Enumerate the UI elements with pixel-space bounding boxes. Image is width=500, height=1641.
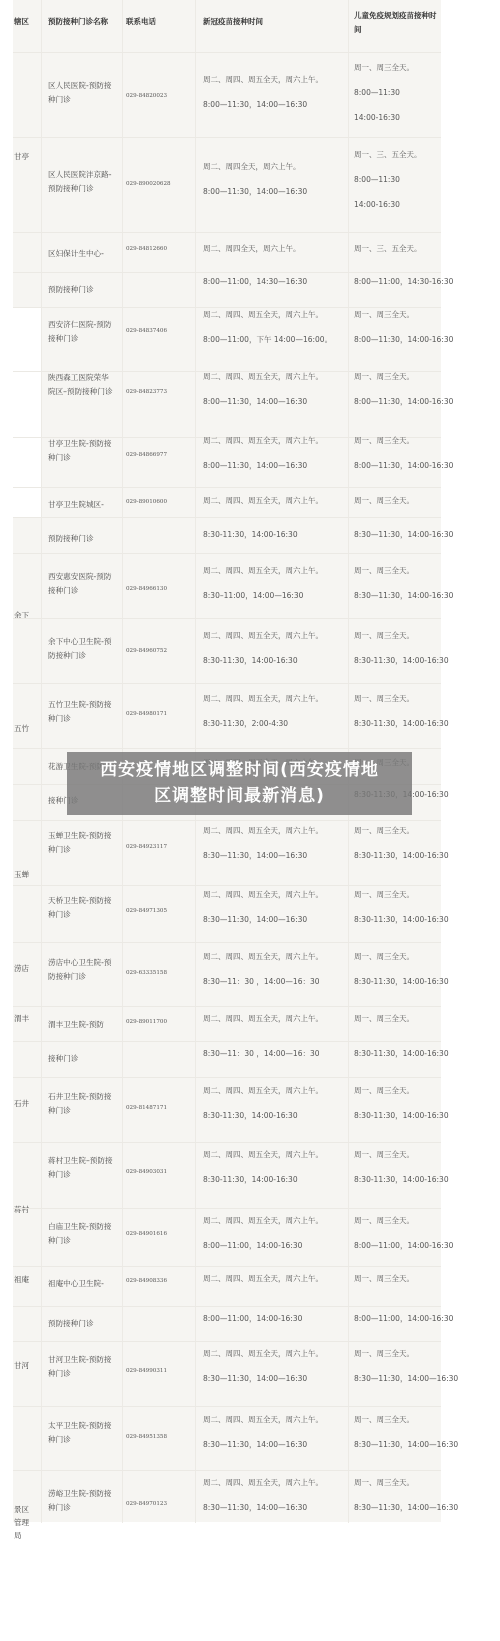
child-days: 周一、周三全天。 <box>354 1477 414 1489</box>
clinic-name-cell: 太平卫生院-预防接种门诊 <box>41 1407 122 1471</box>
phone-number: 029-89011700 <box>126 1016 167 1028</box>
clinic-name: 区妇保计生中心- <box>48 247 116 261</box>
clinic-name-cell: 甘河卫生院-预防接种门诊 <box>41 1342 122 1407</box>
table-row: 石井 石井卫生院-预防接种门诊 029-81487171 周二、周四、周五全天，… <box>13 1077 441 1143</box>
covid-days: 周二、周四、周五全天，周六上午。 <box>203 630 323 642</box>
covid-hours: 8:30—11:30，14:00—16:30 <box>203 1502 307 1514</box>
covid-days: 周二、周四、周五全天，周六上午。 <box>203 371 323 383</box>
covid-hours: 8:00—11:30，14:00—16:30 <box>203 396 307 408</box>
phone-cell: 029-84837406 <box>122 308 195 372</box>
child-days: 周一、周三全天。 <box>354 1414 414 1426</box>
clinic-name: 甘亭卫生院城区- <box>48 498 116 512</box>
table-row: 余下中心卫生院-预防接种门诊 029-84960752 周二、周四、周五全天，周… <box>13 618 441 684</box>
clinic-name: 甘河卫生院-预防接种门诊 <box>48 1353 116 1380</box>
child-time-cell: 8:00—11:00，14:30-16:30 <box>348 273 441 308</box>
phone-cell: 029-81487171 <box>122 1078 195 1143</box>
clinic-name: 太平卫生院-预防接种门诊 <box>48 1419 116 1446</box>
covid-days: 周二、周四全天，周六上午。 <box>203 243 301 255</box>
phone-cell: 029-89010600 <box>122 488 195 518</box>
child-days: 周一、周三全天。 <box>354 1085 414 1097</box>
covid-days: 周二、周四、周五全天，周六上午。 <box>203 889 323 901</box>
phone-number: 029-84990311 <box>126 1365 167 1377</box>
clinic-name-cell: 五竹卫生院-预防接种门诊 <box>41 684 122 749</box>
article-title-line2: 区调整时间最新消息) <box>67 783 412 809</box>
child-time-cell: 周一、周三全天。 8:00—11:30，14:00-16:30 <box>348 308 441 372</box>
covid-hours: 8:00—11:00，下午 14:00—16:00。 <box>203 334 332 346</box>
clinic-name: 五竹卫生院-预防接种门诊 <box>48 698 116 725</box>
phone-number: 029-84837406 <box>126 325 167 337</box>
phone-number: 029-84951358 <box>126 1431 167 1443</box>
table-row: 天桥卫生院-预防接种门诊 029-84971305 周二、周四、周五全天，周六上… <box>13 885 441 943</box>
covid-time-cell: 周二、周四全天，周六上午。 8:00—11:30，14:00—16:30 <box>195 138 348 233</box>
phone-cell: 029-84960752 <box>122 619 195 684</box>
covid-time-cell: 周二、周四、周五全天，周六上午。 8:30—11:30，14:00—16:30 <box>195 1471 348 1523</box>
clinic-name: 西安济仁医院-预防接种门诊 <box>48 318 116 345</box>
table-header-row: 辖区 预防接种门诊名称 联系电话 新冠疫苗接种时间 儿童免疫规划疫苗接种时 间 <box>13 0 441 52</box>
child-days: 周一、周三全天。 <box>354 309 414 321</box>
child-time-cell: 周一、周三全天。 8:30-11:30，14:00-16:30 <box>348 1078 441 1143</box>
child-hours: 8:00—11:00，14:30-16:30 <box>354 276 453 288</box>
covid-days: 周二、周四、周五全天，周六上午。 <box>203 693 323 705</box>
phone-cell: 029-84971305 <box>122 886 195 943</box>
clinic-name-cell: 接种门诊 <box>41 1042 122 1078</box>
child-days: 周一、三、五全天。 <box>354 149 422 161</box>
covid-time-cell: 周二、周四、周五全天，周六上午。 8:00—11:00，下午 14:00—16:… <box>195 308 348 372</box>
child-days: 周一、周三全天。 <box>354 435 414 447</box>
clinic-name: 甘亭卫生院-预防接种门诊 <box>48 437 116 464</box>
header-child-time-line2: 间 <box>354 24 362 36</box>
covid-time-cell: 周二、周四、周五全天，周六上午。 8:30-11:30，14:00-16:30 <box>195 1143 348 1209</box>
child-time-cell: 周一、周三全天。 8:30-11:30，14:00-16:30 <box>348 886 441 943</box>
child-time-cell: 8:30—11:30，14:00-16:30 <box>348 518 441 554</box>
phone-cell: 029-84820023 <box>122 53 195 138</box>
covid-time-cell: 8:00—11:00，14:30—16:30 <box>195 273 348 308</box>
child-hours-am: 8:00—11:30 <box>354 87 400 99</box>
covid-time-cell: 周二、周四、周五全天，周六上午。 8:30-11:30，14:00-16:30 <box>195 1078 348 1143</box>
clinic-name-cell: 预防接种门诊 <box>41 518 122 554</box>
phone-number: 029-63335158 <box>126 967 167 979</box>
child-time-cell: 周一、三、五全天。 8:00—11:30 14:00-16:30 <box>348 138 441 233</box>
district-weifeng: 渭丰 <box>13 1012 42 1025</box>
article-title-line1: 西安疫情地区调整时间(西安疫情地 <box>67 757 412 783</box>
clinic-name: 预防接种门诊 <box>48 283 116 297</box>
clinic-name-cell: 石井卫生院-预防接种门诊 <box>41 1078 122 1143</box>
child-hours: 8:00—11:00，14:00-16:30 <box>354 1313 453 1325</box>
child-time-cell: 周一、三、五全天。 <box>348 233 441 273</box>
covid-time-cell: 周二、周四、周五全天，周六上午。 <box>195 1267 348 1307</box>
phone-cell <box>122 1042 195 1078</box>
child-days: 周一、周三全天。 <box>354 62 414 74</box>
child-days: 周一、周三全天。 <box>354 951 414 963</box>
phone-cell: 029-84951358 <box>122 1407 195 1471</box>
child-hours: 8:30-11:30，14:00-16:30 <box>354 1174 449 1186</box>
child-time-cell: 周一、周三全天。 8:30-11:30，14:00-16:30 <box>348 821 441 886</box>
district-ganhe: 甘河 <box>13 1359 42 1372</box>
child-time-cell: 周一、周三全天。 8:30-11:30，14:00-16:30 <box>348 943 441 1007</box>
covid-hours: 8:30-11:30，14:00-16:30 <box>203 529 298 541</box>
table-row: 甘亭 区人民医院沣京路-预防接种门诊 029-890020628 周二、周四全天… <box>13 137 441 233</box>
clinic-name: 涝店中心卫生院-预防接种门诊 <box>48 956 116 983</box>
clinic-name-cell: 蒋村卫生院–预防接种门诊 <box>41 1143 122 1209</box>
phone-cell: 029-84966130 <box>122 554 195 619</box>
header-district: 辖区 <box>14 16 29 28</box>
district-zuan: 祖庵 <box>13 1273 42 1286</box>
covid-time-cell: 周二、周四全天，周六上午。 <box>195 233 348 273</box>
covid-time-cell: 周二、周四、周五全天，周六上午。 8:30—11:30，14:00—16:30 <box>195 1407 348 1471</box>
child-time-cell: 周一、周三全天。 8:00—11:30，14:00-16:30 <box>348 372 441 438</box>
child-hours: 8:00—11:00，14:00-16:30 <box>354 1240 453 1252</box>
covid-days: 周二、周四、周五全天，周六上午。 <box>203 951 323 963</box>
phone-cell: 029-84823773 <box>122 372 195 438</box>
covid-hours: 8:00—11:30，14:00—16:30 <box>203 186 307 198</box>
clinic-name: 接种门诊 <box>48 1052 116 1066</box>
child-hours: 8:30-11:30，14:00-16:30 <box>354 1048 449 1060</box>
clinic-name-cell: 区人民医院沣京路-预防接种门诊 <box>41 138 122 233</box>
child-time-cell: 周一、周三全天。 8:30—11:30，14:00—16:30 <box>348 1407 441 1471</box>
phone-number: 029-84823773 <box>126 386 167 398</box>
table-row: 太平卫生院-预防接种门诊 029-84951358 周二、周四、周五全天，周六上… <box>13 1406 441 1471</box>
district-scenic-line3: 局 <box>13 1529 42 1542</box>
table-row: 五竹卫生院-预防接种门诊 029-84980171 周二、周四、周五全天，周六上… <box>13 683 441 749</box>
covid-hours: 8:00—11:30，14:00—16:30 <box>203 460 307 472</box>
covid-time-cell: 周二、周四、周五全天，周六上午。 8:30—11：30 ，14:00—16：30 <box>195 943 348 1007</box>
clinic-name-cell: 西安济仁医院-预防接种门诊 <box>41 308 122 372</box>
table-row: 甘亭卫生院城区- 029-89010600 周二、周四、周五全天，周六上午。 周… <box>13 487 441 518</box>
child-days: 周一、周三全天。 <box>354 889 414 901</box>
child-hours: 8:30-11:30，14:00-16:30 <box>354 850 449 862</box>
child-hours: 8:00—11:30，14:00-16:30 <box>354 334 453 346</box>
clinic-name: 石井卫生院-预防接种门诊 <box>48 1090 116 1117</box>
child-days: 周一、周三全天。 <box>354 1215 414 1227</box>
header-clinic: 预防接种门诊名称 <box>48 16 108 28</box>
clinic-name: 白庙卫生院-预防接种门诊 <box>48 1220 116 1247</box>
child-days: 周一、周三全天。 <box>354 565 414 577</box>
covid-days: 周二、周四、周五全天，周六上午。 <box>203 1215 323 1227</box>
covid-time-cell: 周二、周四、周五全天，周六上午。 8:30—11:30，14:00—16:30 <box>195 1342 348 1407</box>
covid-days: 周二、周四全天，周六上午。 <box>203 161 301 173</box>
table-row: 预防接种门诊 8:00—11:00，14:30—16:30 8:00—11:00… <box>13 272 441 308</box>
covid-hours: 8:00—11:00，14:00-16:30 <box>203 1240 302 1252</box>
child-days: 周一、周三全天。 <box>354 630 414 642</box>
table-row: 甘河 甘河卫生院-预防接种门诊 029-84990311 周二、周四、周五全天，… <box>13 1341 441 1407</box>
table-row: 涝店 涝店中心卫生院-预防接种门诊 029-63335158 周二、周四、周五全… <box>13 942 441 1007</box>
covid-days: 周二、周四、周五全天，周六上午。 <box>203 1273 323 1285</box>
child-time-cell: 周一、周三全天。 8:30-11:30，14:00-16:30 <box>348 684 441 749</box>
article-title-overlay: 西安疫情地区调整时间(西安疫情地 区调整时间最新消息) <box>67 752 412 815</box>
table-row: 区人民医院-预防接种门诊 029-84820023 周二、周四、周五全天，周六上… <box>13 52 441 138</box>
covid-hours: 8:30-11:30，2:00-4:30 <box>203 718 288 730</box>
header-child-time-line1: 儿童免疫规划疫苗接种时 <box>354 10 437 22</box>
clinic-name: 渭丰卫生院-预防 <box>48 1018 116 1032</box>
header-clinic-cell: 预防接种门诊名称 <box>41 0 122 52</box>
clinic-name: 蒋村卫生院–预防接种门诊 <box>48 1154 116 1181</box>
phone-number: 029-81487171 <box>126 1102 167 1114</box>
table-row: 区妇保计生中心- 029-84812660 周二、周四全天，周六上午。 周一、三… <box>13 232 441 273</box>
phone-cell: 029-84901616 <box>122 1209 195 1267</box>
covid-days: 周二、周四、周五全天，周六上午。 <box>203 74 323 86</box>
clinic-name: 玉蝉卫生院-预防接种门诊 <box>48 829 116 856</box>
child-hours: 8:00—11:30，14:00-16:30 <box>354 396 453 408</box>
child-hours-pm: 14:00-16:30 <box>354 199 400 211</box>
header-child-cell: 儿童免疫规划疫苗接种时 间 <box>348 0 441 52</box>
covid-time-cell: 周二、周四、周五全天，周六上午。 8:00—11:00，14:00-16:30 <box>195 1209 348 1267</box>
covid-time-cell: 周二、周四、周五全天，周六上午。 8:30-11:30，2:00-4:30 <box>195 684 348 749</box>
covid-hours: 8:30—11：30 ，14:00—16：30 <box>203 1048 320 1060</box>
child-time-cell: 周一、周三全天。 <box>348 1267 441 1307</box>
child-hours: 8:30-11:30，14:00-16:30 <box>354 914 449 926</box>
phone-number: 029-84923117 <box>126 841 167 853</box>
covid-hours: 8:00—11:30，14:00—16:30 <box>203 99 307 111</box>
child-days: 周一、周三全天。 <box>354 495 414 507</box>
district-wuzhu: 五竹 <box>13 722 42 735</box>
clinic-name-cell: 甘亭卫生院城区- <box>41 488 122 518</box>
table-row: 预防接种门诊 8:30-11:30，14:00-16:30 8:30—11:30… <box>13 517 441 554</box>
clinic-name-cell: 玉蝉卫生院-预防接种门诊 <box>41 821 122 886</box>
phone-number: 029-84901616 <box>126 1228 167 1240</box>
clinic-name-cell: 预防接种门诊 <box>41 273 122 308</box>
covid-days: 周二、周四、周五全天，周六上午。 <box>203 565 323 577</box>
covid-hours: 8:30—11:30，14:00—16:30 <box>203 914 307 926</box>
child-time-cell: 周一、周三全天。 8:30—11:30，14:00—16:30 <box>348 1471 441 1523</box>
district-yuchan: 玉蝉 <box>13 868 42 881</box>
phone-number: 029-84908336 <box>126 1275 167 1287</box>
child-days: 周一、三、五全天。 <box>354 243 422 255</box>
clinic-name: 余下中心卫生院-预防接种门诊 <box>48 635 116 662</box>
covid-days: 周二、周四、周五全天，周六上午。 <box>203 1477 323 1489</box>
table-row: 西安济仁医院-预防接种门诊 029-84837406 周二、周四、周五全天，周六… <box>13 307 441 372</box>
phone-cell: 029-84908336 <box>122 1267 195 1307</box>
clinic-name: 区人民医院-预防接种门诊 <box>48 79 116 106</box>
covid-days: 周二、周四、周五全天，周六上午。 <box>203 435 323 447</box>
clinic-name: 区人民医院沣京路-预防接种门诊 <box>48 168 116 195</box>
table-row: 蒋村卫生院–预防接种门诊 029-84903031 周二、周四、周五全天，周六上… <box>13 1142 441 1209</box>
phone-number: 029-84966130 <box>126 583 167 595</box>
covid-time-cell: 周二、周四、周五全天，周六上午。 8:30—11:30，14:00—16:30 <box>195 821 348 886</box>
header-phone: 联系电话 <box>126 16 156 28</box>
phone-number: 029-84970123 <box>126 1498 167 1510</box>
phone-number: 029-84820023 <box>126 90 167 102</box>
covid-hours: 8:30—11:30，14:00—16:30 <box>203 850 307 862</box>
covid-hours: 8:30-11:30，14:00-16:30 <box>203 1110 298 1122</box>
covid-hours: 8:30-11:30，14:00-16:30 <box>203 1174 298 1186</box>
table-row: 渭丰 渭丰卫生院-预防 029-89011700 周二、周四、周五全天，周六上午… <box>13 1006 441 1042</box>
phone-cell: 029-84970123 <box>122 1471 195 1523</box>
child-hours: 8:30-11:30，14:00-16:30 <box>354 718 449 730</box>
child-hours: 8:00—11:30，14:00-16:30 <box>354 460 453 472</box>
clinic-name-cell: 白庙卫生院-预防接种门诊 <box>41 1209 122 1267</box>
child-time-cell: 8:00—11:00，14:00-16:30 <box>348 1307 441 1342</box>
covid-time-cell: 周二、周四、周五全天，周六上午。 8:30—11:30，14:00—16:30 <box>195 886 348 943</box>
phone-cell: 029-84980171 <box>122 684 195 749</box>
child-days: 周一、周三全天。 <box>354 825 414 837</box>
child-time-cell: 周一、周三全天。 8:30-11:30，14:00-16:30 <box>348 619 441 684</box>
covid-hours: 8:30—11:30，14:00—16:30 <box>203 1373 307 1385</box>
covid-time-cell: 8:30-11:30，14:00-16:30 <box>195 518 348 554</box>
clinic-name-cell: 渭丰卫生院-预防 <box>41 1007 122 1042</box>
covid-time-cell: 周二、周四、周五全天，周六上午。 8:30-11:30，14:00-16:30 <box>195 619 348 684</box>
clinic-name: 预防接种门诊 <box>48 1317 116 1331</box>
phone-cell <box>122 1307 195 1342</box>
clinic-name-cell: 余下中心卫生院-预防接种门诊 <box>41 619 122 684</box>
district-shijing: 石井 <box>13 1097 42 1110</box>
covid-time-cell: 周二、周四、周五全天，周六上午。 8:00—11:30，14:00—16:30 <box>195 53 348 138</box>
covid-days: 周二、周四、周五全天，周六上午。 <box>203 1085 323 1097</box>
child-days: 周一、周三全天。 <box>354 1273 414 1285</box>
phone-cell: 029-84923117 <box>122 821 195 886</box>
table-row: 西安惠安医院-预防接种门诊 029-84966130 周二、周四、周五全天，周六… <box>13 553 441 619</box>
clinic-name: 天桥卫生院-预防接种门诊 <box>48 894 116 921</box>
clinic-name-cell: 区妇保计生中心- <box>41 233 122 273</box>
covid-hours: 8:00—11:00，14:00-16:30 <box>203 1313 302 1325</box>
child-time-cell: 周一、周三全天。 8:30—11:30，14:00—16:30 <box>348 1342 441 1407</box>
phone-number: 029-84812660 <box>126 243 167 255</box>
child-hours: 8:30-11:30，14:00-16:30 <box>354 655 449 667</box>
child-hours-am: 8:00—11:30 <box>354 174 400 186</box>
table-row: 白庙卫生院-预防接种门诊 029-84901616 周二、周四、周五全天，周六上… <box>13 1208 441 1267</box>
child-hours: 8:30—11:30，14:00—16:30 <box>354 1502 458 1514</box>
phone-number: 029-84960752 <box>126 645 167 657</box>
clinic-name: 预防接种门诊 <box>48 532 116 546</box>
clinic-name: 陕西森工医院荣华院区–预防接种门诊 <box>48 371 116 398</box>
header-covid-time: 新冠疫苗接种时间 <box>203 16 263 28</box>
child-hours: 8:30—11:30，14:00—16:30 <box>354 1439 458 1451</box>
table-row: 接种门诊 8:30—11：30 ，14:00—16：30 8:30-11:30，… <box>13 1041 441 1078</box>
clinic-name-cell: 涝店中心卫生院-预防接种门诊 <box>41 943 122 1007</box>
child-time-cell: 周一、周三全天。 <box>348 1007 441 1042</box>
child-days: 周一、周三全天。 <box>354 371 414 383</box>
clinic-name-cell: 区人民医院-预防接种门诊 <box>41 53 122 138</box>
phone-cell: 029-84990311 <box>122 1342 195 1407</box>
phone-cell: 029-63335158 <box>122 943 195 1007</box>
table-row: 祖庵 祖庵中心卫生院- 029-84908336 周二、周四、周五全天，周六上午… <box>13 1266 441 1307</box>
header-phone-cell: 联系电话 <box>122 0 195 52</box>
child-time-cell: 周一、周三全天。 8:00—11:30 14:00-16:30 <box>348 53 441 138</box>
clinic-name: 涝峪卫生院-预防接种门诊 <box>48 1487 116 1514</box>
child-days: 周一、周三全天。 <box>354 1149 414 1161</box>
covid-time-cell: 周二、周四、周五全天，周六上午。 <box>195 1007 348 1042</box>
child-time-cell: 周一、周三全天。 8:00—11:00，14:00-16:30 <box>348 1209 441 1267</box>
phone-cell <box>122 518 195 554</box>
clinic-name-cell: 预防接种门诊 <box>41 1307 122 1342</box>
phone-number: 029-84903031 <box>126 1166 167 1178</box>
phone-cell: 029-84903031 <box>122 1143 195 1209</box>
table-row: 涝峪卫生院-预防接种门诊 029-84970123 周二、周四、周五全天，周六上… <box>13 1470 441 1523</box>
child-hours: 8:30—11:30，14:00—16:30 <box>354 1373 458 1385</box>
covid-time-cell: 周二、周四、周五全天，周六上午。 8:30–11:00，14:00—16:30 <box>195 554 348 619</box>
covid-days: 周二、周四、周五全天，周六上午。 <box>203 1348 323 1360</box>
phone-cell: 029-84812660 <box>122 233 195 273</box>
phone-number: 029-84971305 <box>126 905 167 917</box>
child-hours: 8:30-11:30，14:00-16:30 <box>354 976 449 988</box>
phone-number: 029-84980171 <box>126 708 167 720</box>
phone-cell: 029-890020628 <box>122 138 195 233</box>
header-covid-cell: 新冠疫苗接种时间 <box>195 0 348 52</box>
table-row: 预防接种门诊 8:00—11:00，14:00-16:30 8:00—11:00… <box>13 1306 441 1342</box>
clinic-name: 祖庵中心卫生院- <box>48 1277 116 1291</box>
child-time-cell: 周一、周三全天。 8:30—11:30，14:00-16:30 <box>348 554 441 619</box>
phone-cell: 029-89011700 <box>122 1007 195 1042</box>
clinic-name-cell: 西安惠安医院-预防接种门诊 <box>41 554 122 619</box>
child-time-cell: 周一、周三全天。 <box>348 488 441 518</box>
phone-number: 029-89010600 <box>126 496 167 508</box>
covid-hours: 8:30—11：30 ，14:00—16：30 <box>203 976 320 988</box>
phone-cell <box>122 273 195 308</box>
covid-days: 周二、周四、周五全天，周六上午。 <box>203 825 323 837</box>
phone-number: 029-84866977 <box>126 449 167 461</box>
covid-hours: 8:30–11:00，14:00—16:30 <box>203 590 303 602</box>
covid-days: 周二、周四、周五全天，周六上午。 <box>203 1013 323 1025</box>
table-row: 陕西森工医院荣华院区–预防接种门诊 029-84823773 周二、周四、周五全… <box>13 371 441 438</box>
child-hours-pm: 14:00-16:30 <box>354 112 400 124</box>
child-hours: 8:30—11:30，14:00-16:30 <box>354 529 453 541</box>
district-ganting: 甘亭 <box>13 150 42 163</box>
district-laodian: 涝店 <box>13 962 42 975</box>
table-row: 玉蝉卫生院-预防接种门诊 029-84923117 周二、周四、周五全天，周六上… <box>13 820 441 886</box>
covid-time-cell: 周二、周四、周五全天，周六上午。 8:00—11:30，14:00—16:30 <box>195 372 348 438</box>
covid-hours: 8:00—11:00，14:30—16:30 <box>203 276 307 288</box>
child-days: 周一、周三全天。 <box>354 1013 414 1025</box>
covid-days: 周二、周四、周五全天，周六上午。 <box>203 1149 323 1161</box>
article-title: 西安疫情地区调整时间(西安疫情地 区调整时间最新消息) <box>67 757 412 809</box>
covid-days: 周二、周四、周五全天，周六上午。 <box>203 1414 323 1426</box>
clinic-name: 西安惠安医院-预防接种门诊 <box>48 570 116 597</box>
clinic-name-cell: 祖庵中心卫生院- <box>41 1267 122 1307</box>
phone-number: 029-890020628 <box>126 178 171 190</box>
clinic-name-cell: 天桥卫生院-预防接种门诊 <box>41 886 122 943</box>
child-hours: 8:30—11:30，14:00-16:30 <box>354 590 453 602</box>
covid-hours: 8:30—11:30，14:00—16:30 <box>203 1439 307 1451</box>
child-time-cell: 周一、周三全天。 8:30-11:30，14:00-16:30 <box>348 1143 441 1209</box>
covid-time-cell: 周二、周四、周五全天，周六上午。 <box>195 488 348 518</box>
covid-days: 周二、周四、周五全天，周六上午。 <box>203 495 323 507</box>
child-time-cell: 8:30-11:30，14:00-16:30 <box>348 1042 441 1078</box>
covid-time-cell: 8:30—11：30 ，14:00—16：30 <box>195 1042 348 1078</box>
child-hours: 8:30-11:30，14:00-16:30 <box>354 1110 449 1122</box>
clinic-name-cell: 陕西森工医院荣华院区–预防接种门诊 <box>41 372 122 438</box>
covid-hours: 8:30-11:30，14:00-16:30 <box>203 655 298 667</box>
covid-days: 周二、周四、周五全天，周六上午。 <box>203 309 323 321</box>
clinic-name-cell: 涝峪卫生院-预防接种门诊 <box>41 1471 122 1523</box>
covid-time-cell: 8:00—11:00，14:00-16:30 <box>195 1307 348 1342</box>
child-days: 周一、周三全天。 <box>354 1348 414 1360</box>
child-days: 周一、周三全天。 <box>354 693 414 705</box>
